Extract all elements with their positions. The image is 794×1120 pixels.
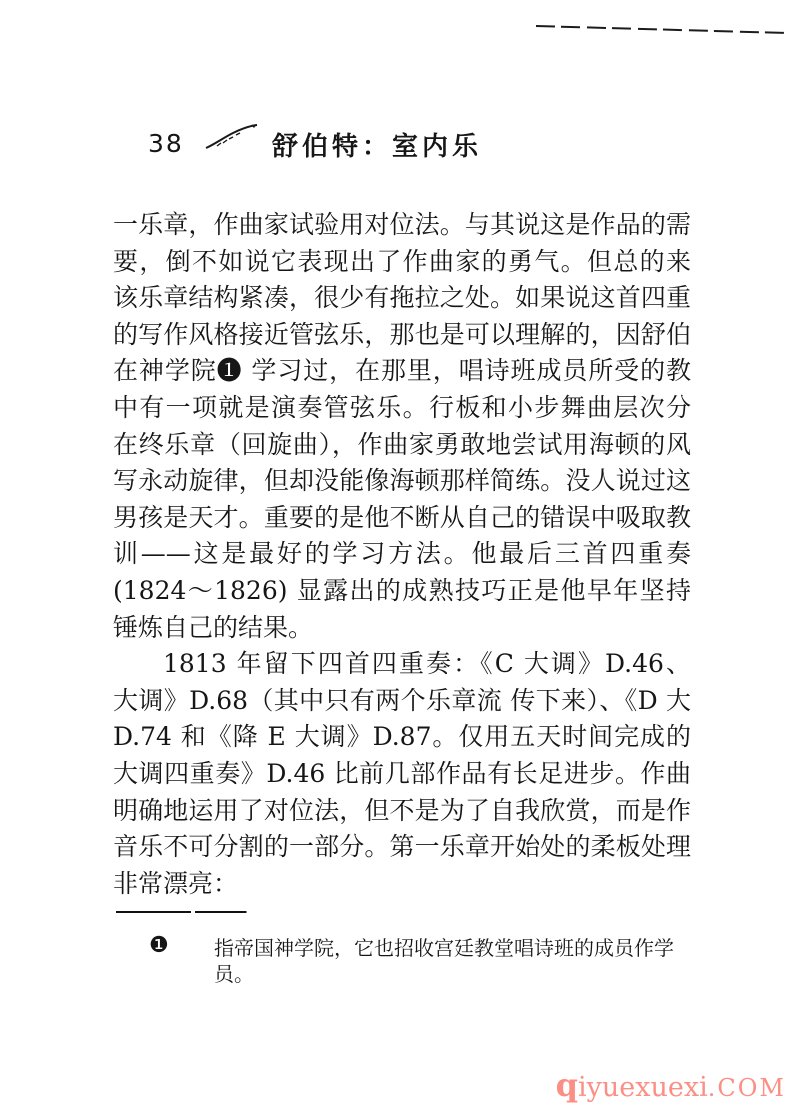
body-line: 男孩是天才。重要的是他不断从自己的错误中吸取教 [113,500,691,537]
body-line: 要，倒不如说它表现出了作曲家的勇气。但总的来说， [113,244,691,281]
body-line: 大调》D.68（其中只有两个乐章流 传下来）、《D 大调》 [113,683,691,720]
body-line: 明确地运用了对位法，但不是为了自我欣赏，而是作为 [113,793,691,830]
body-line: 1813 年留下四首四重奏：《C 大调》D.46、《降 B [113,646,691,683]
body-line: 训——这是最好的学习方法。他最后三首四重奏 [113,536,691,573]
body-line: 大调四重奏》D.46 比前几部作品有长足进步。作曲家 [113,756,691,793]
dash-mark [739,30,758,33]
body-line: 该乐章结构紧凑，很少有拖拉之处。如果说这首四重奏 [113,280,691,317]
dash-mark [536,25,555,28]
watermark-initial: q [556,1066,578,1104]
page-edge-dashes [536,20,784,39]
dash-mark [663,28,682,31]
dash-mark [689,29,708,32]
body-line: 在神学院❶ 学习过，在那里，唱诗班成员所受的教育 [113,353,691,390]
dash-mark [612,27,631,30]
body-line: 的写作风格接近管弦乐，那也是可以理解的，因舒伯特 [113,317,691,354]
dash-mark [765,31,784,34]
page-number: 38 [148,129,184,158]
watermark-middle: iyuexuexi [578,1072,708,1103]
footnote-marker: ❶ [149,933,169,959]
body-line: 写永动旋律，但却没能像海顿那样简练。没人说过这 [113,463,691,500]
body-line: 一乐章，作曲家试验用对位法。与其说这是作品的需 [113,207,691,244]
body-line: 非常漂亮： [113,866,691,903]
body-text: 一乐章，作曲家试验用对位法。与其说这是作品的需 要，倒不如说它表现出了作曲家的勇… [113,207,691,902]
watermark-suffix: .COM [708,1074,786,1102]
running-head-title: 舒伯特：室内乐 [272,126,482,163]
footnote-separator [116,911,252,913]
calligraphy-flourish-icon [203,122,261,158]
footnote-text: 指帝国神学院，它也招收宫廷教堂唱诗班的成员作学员。 [214,935,684,987]
body-line: D.74 和《降 E 大调》D.87。仅用五天时间完成的《C [113,719,691,756]
dash-mark [638,28,657,31]
dash-mark [714,30,733,33]
dash-mark [561,25,580,28]
watermark: qiyuexuexi.COM [556,1066,786,1104]
body-line: 音乐不可分割的一部分。第一乐章开始处的柔板处理得 [113,829,691,866]
body-line: 锤炼自己的结果。 [113,610,691,647]
body-line: 中有一项就是演奏管弦乐。行板和小步舞曲层次分明， [113,390,691,427]
body-line: 在终乐章（回旋曲），作曲家勇敢地尝试用海顿的风格 [113,427,691,464]
page: { "header": { "page_number": "38", "titl… [0,0,794,1120]
body-line: (1824～1826) 显露出的成熟技巧正是他早年坚持不懈 [113,573,691,610]
dash-mark [587,26,606,29]
